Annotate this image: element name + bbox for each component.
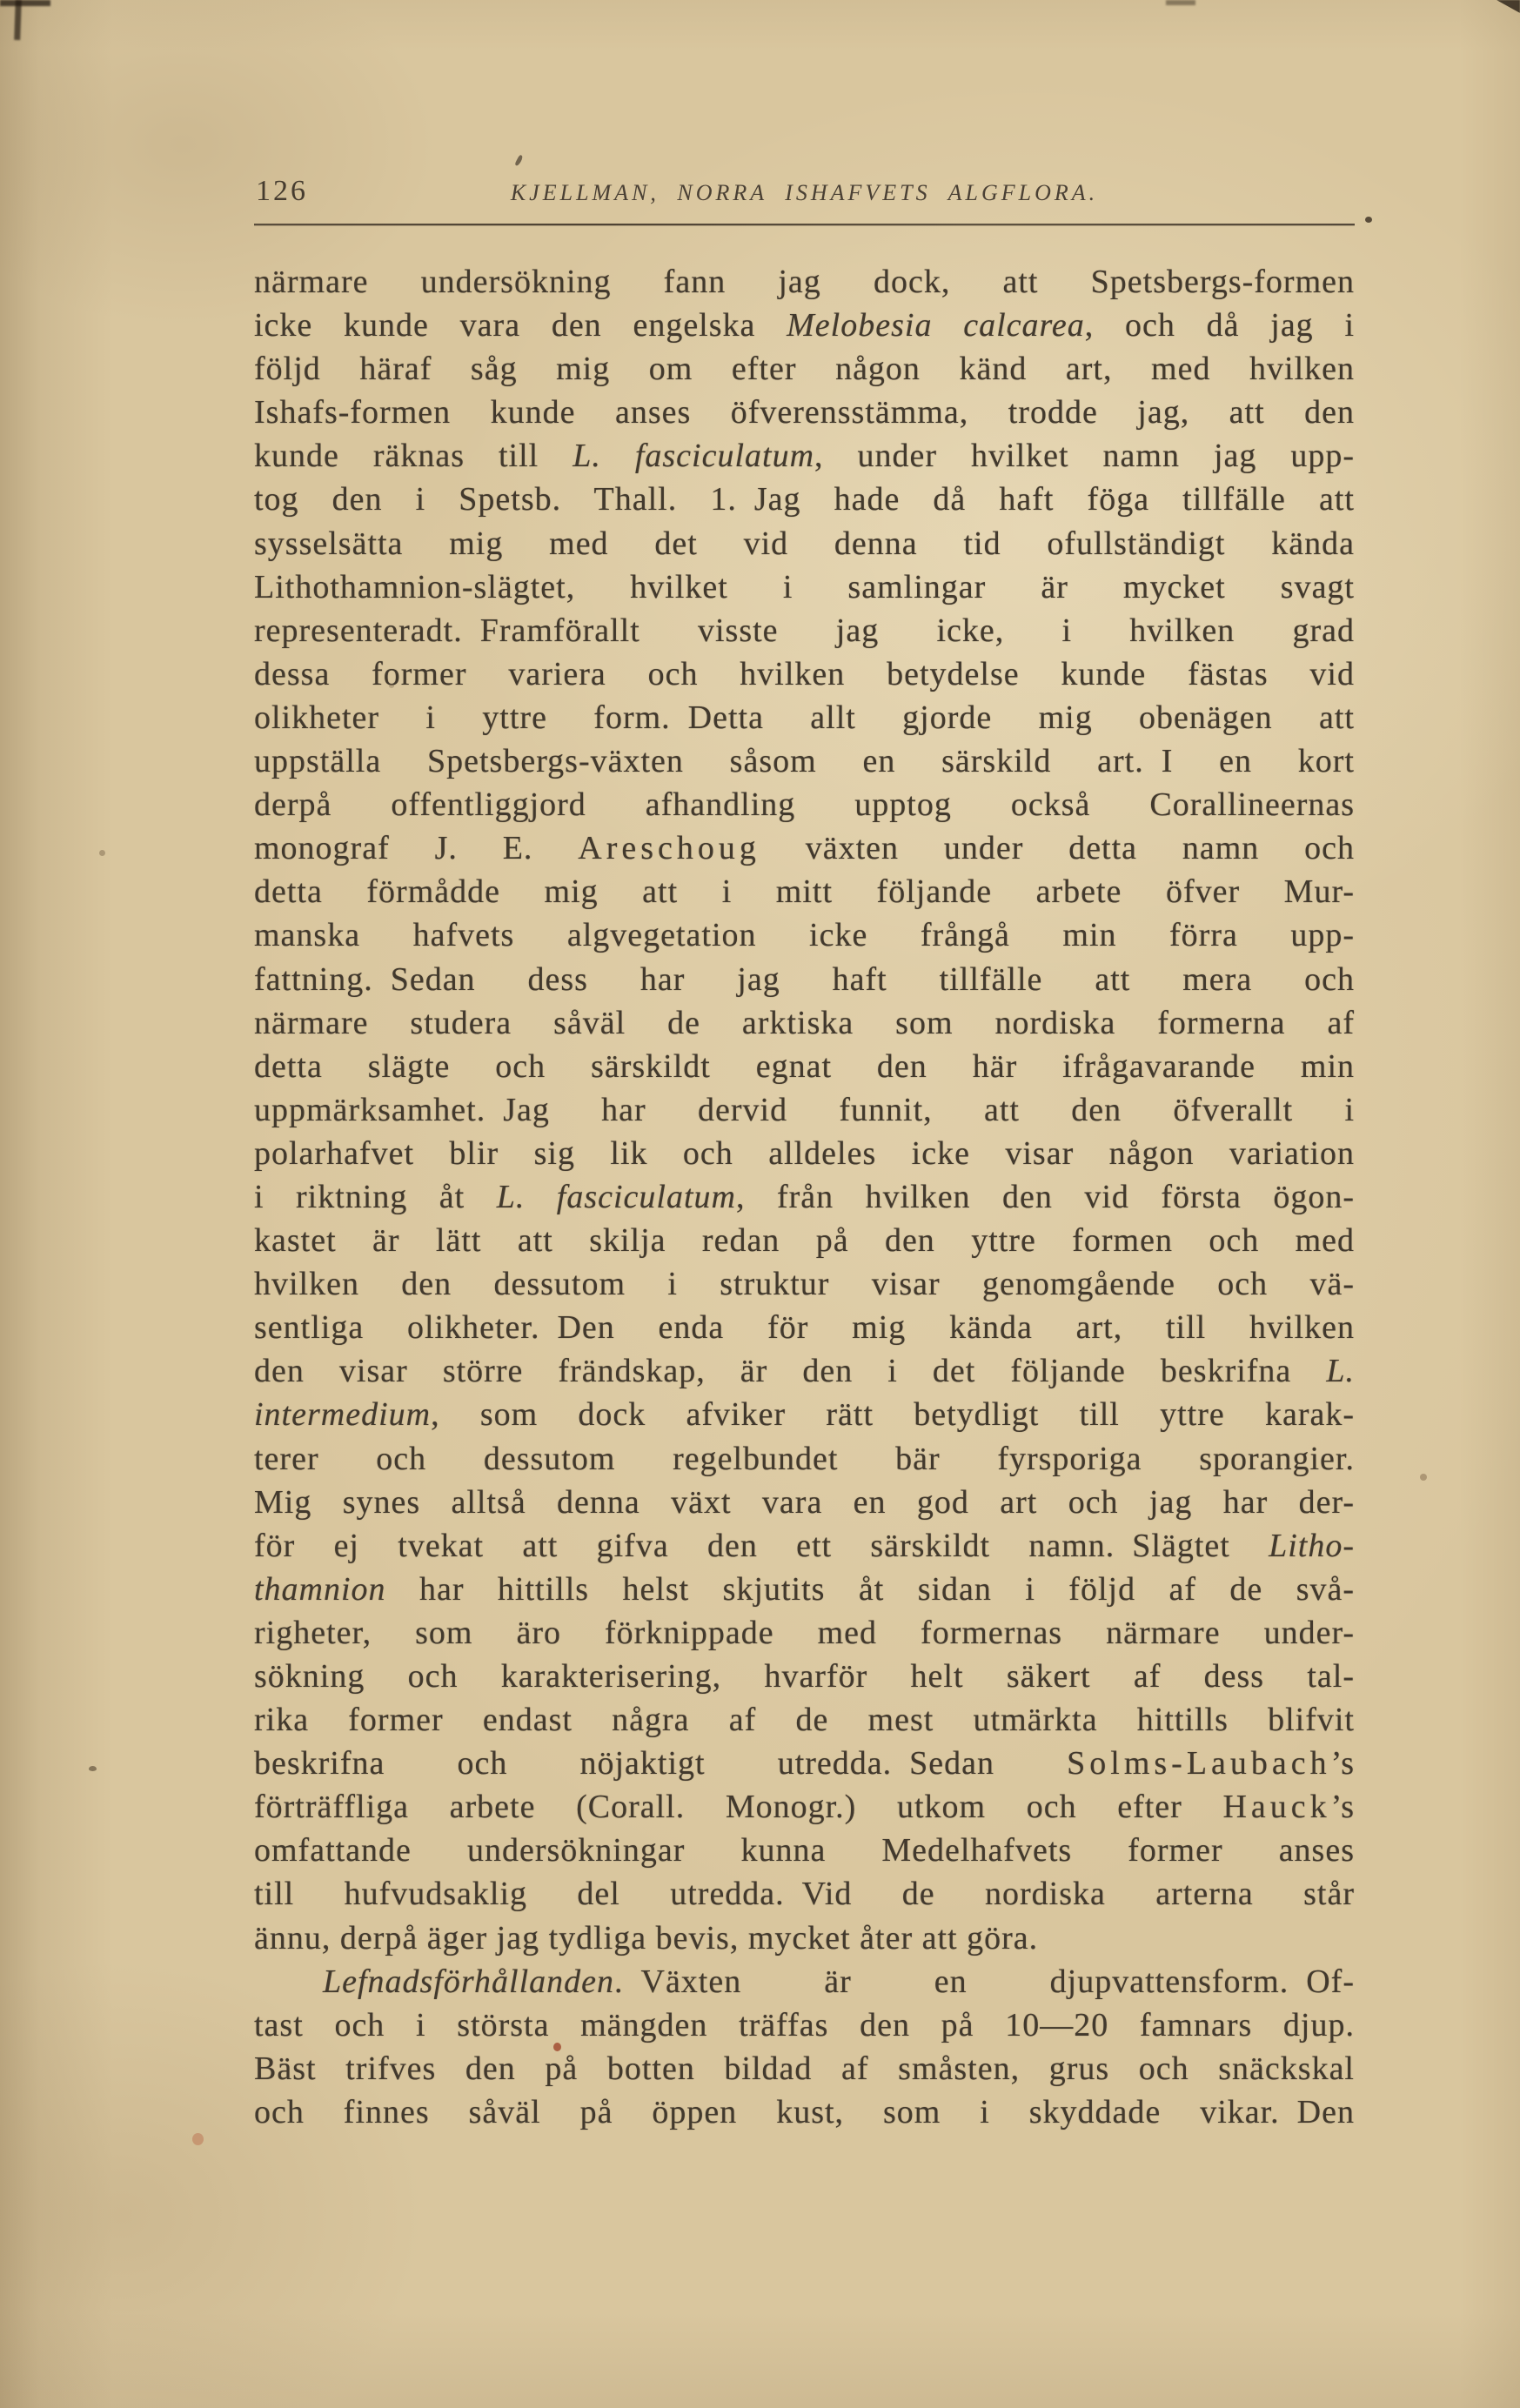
text-line: terer och dessutom regelbundet bär fyrsp…: [254, 1437, 1355, 1481]
text-line: intermedium, som dock afviker rätt betyd…: [254, 1393, 1355, 1436]
text-line: tast och i största mängden träffas den p…: [254, 2003, 1355, 2047]
text-line: Lithothamnion-slägtet, hvilket i samling…: [254, 565, 1355, 609]
text-line: sysselsätta mig med det vid denna tid of…: [254, 522, 1355, 565]
paper-speck: [89, 1766, 97, 1771]
text-line: monograf J. E. Areschoug växten under de…: [254, 826, 1355, 870]
text-line: Mig synes alltså denna växt vara en god …: [254, 1481, 1355, 1524]
text-line: icke kunde vara den engelska Melobesia c…: [254, 304, 1355, 347]
scan-corner-artifact-top-right: [1497, 0, 1520, 13]
text-line: hvilken den dessutom i struktur visar ge…: [254, 1262, 1355, 1306]
ink-speck: [514, 155, 524, 167]
text-line: polarhafvet blir sig lik och alldeles ic…: [254, 1132, 1355, 1175]
text-line: fattning. Sedan dess har jag haft tillfä…: [254, 958, 1355, 1001]
text-line: Ishafs-formen kunde anses öfverensstämma…: [254, 391, 1355, 434]
paper-speck: [1420, 1474, 1427, 1481]
text-line: omfattande undersökningar kunna Medelhaf…: [254, 1829, 1355, 1872]
text-line: sökning och karakterisering, hvarför hel…: [254, 1655, 1355, 1698]
text-line: manska hafvets algvegetation icke frångå…: [254, 913, 1355, 957]
text-line: kunde räknas till L. fasciculatum, under…: [254, 434, 1355, 478]
text-line: dessa former variera och hvilken betydel…: [254, 652, 1355, 696]
body-text: närmare undersökning fann jag dock, att …: [254, 260, 1355, 2134]
text-line: olikheter i yttre form. Detta allt gjord…: [254, 696, 1355, 739]
ink-speck: [1365, 217, 1372, 223]
text-line: detta förmådde mig att i mitt följande a…: [254, 870, 1355, 913]
text-line: Bäst trifves den på botten bildad af små…: [254, 2047, 1355, 2090]
text-line: derpå offentliggjord afhandling upptog o…: [254, 783, 1355, 826]
text-line: sentliga olikheter. Den enda för mig kän…: [254, 1306, 1355, 1349]
text-line: kastet är lätt att skilja redan på den y…: [254, 1219, 1355, 1262]
text-line: rika former endast några af de mest utmä…: [254, 1698, 1355, 1742]
red-ink-speck: [553, 2043, 561, 2051]
paper-speck: [99, 850, 105, 856]
text-line: detta slägte och särskildt egnat den här…: [254, 1045, 1355, 1088]
scan-corner-artifact-top-left: [0, 0, 50, 6]
red-paper-spot: [192, 2133, 204, 2145]
text-line: uppmärksamhet. Jag har dervid funnit, at…: [254, 1088, 1355, 1132]
running-header-title: KJELLMAN, NORRA ISHAFVETS ALGFLORA.: [254, 180, 1355, 206]
text-line: i riktning åt L. fasciculatum, från hvil…: [254, 1175, 1355, 1219]
paper-speck: [389, 684, 394, 688]
text-line: beskrifna och nöjaktigt utredda. Sedan S…: [254, 1742, 1355, 1785]
text-line: thamnion har hittills helst skjutits åt …: [254, 1568, 1355, 1611]
scan-corner-artifact-top-left-vertical: [14, 0, 22, 40]
text-line: följd häraf såg mig om efter någon känd …: [254, 347, 1355, 391]
header-rule: [254, 224, 1355, 225]
text-line: närmare undersökning fann jag dock, att …: [254, 260, 1355, 304]
scan-edge-nick: [1166, 0, 1195, 5]
book-page-scan: 126 KJELLMAN, NORRA ISHAFVETS ALGFLORA. …: [0, 0, 1520, 2408]
text-line: uppställa Spetsbergs-växten såsom en sär…: [254, 739, 1355, 783]
text-line: ännu, derpå äger jag tydliga bevis, myck…: [254, 1916, 1355, 1960]
text-line: righeter, som äro förknippade med former…: [254, 1611, 1355, 1655]
text-line: till hufvudsaklig del utredda. Vid de no…: [254, 1872, 1355, 1916]
text-line: för ej tvekat att gifva den ett särskild…: [254, 1524, 1355, 1568]
text-line: närmare studera såväl de arktiska som no…: [254, 1001, 1355, 1045]
text-line: tog den i Spetsb. Thall. 1. Jag hade då …: [254, 478, 1355, 521]
page-header: 126 KJELLMAN, NORRA ISHAFVETS ALGFLORA.: [254, 172, 1355, 211]
text-line: förträffliga arbete (Corall. Monogr.) ut…: [254, 1785, 1355, 1829]
text-line: representeradt. Framförallt visste jag i…: [254, 609, 1355, 652]
text-line: den visar större frändskap, är den i det…: [254, 1349, 1355, 1393]
text-line: Lefnadsförhållanden. Växten är en djupva…: [254, 1960, 1355, 2003]
text-line: och finnes såväl på öppen kust, som i sk…: [254, 2090, 1355, 2134]
